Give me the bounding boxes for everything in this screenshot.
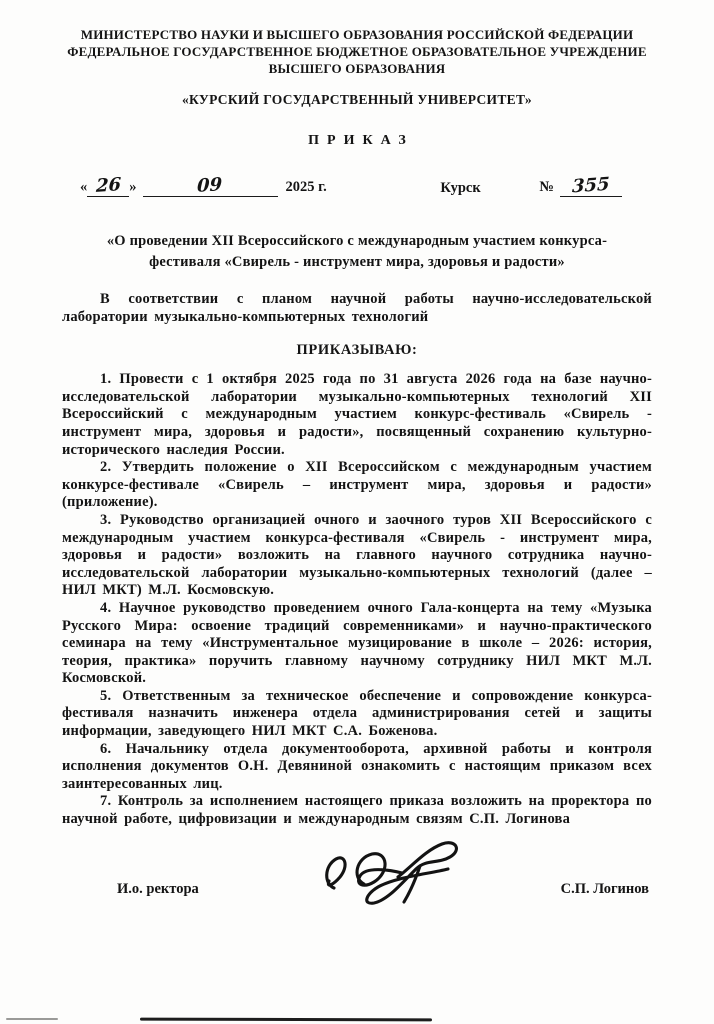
scanned-order-page: МИНИСТЕРСТВО НАУКИ И ВЫСШЕГО ОБРАЗОВАНИЯ… — [0, 0, 714, 1024]
doc-number-handwritten: 355 — [572, 178, 610, 195]
resolution-heading: ПРИКАЗЫВАЮ: — [62, 342, 652, 359]
order-item-1: 1. Провести с 1 октября 2025 года по 31 … — [62, 371, 652, 459]
date-block: «26»092025 г. — [80, 179, 327, 197]
number-sign: № — [539, 179, 554, 195]
scan-artifact-mark — [6, 1018, 58, 1020]
date-year: 2025 г. — [286, 179, 327, 195]
doc-type-heading: ПРИКАЗ — [62, 133, 652, 149]
order-item-7: 7. Контроль за исполнением настоящего пр… — [62, 793, 652, 828]
doc-number-blank: 355 — [560, 179, 622, 197]
intro-paragraph: В соответствии с планом научной работы н… — [62, 291, 652, 326]
date-month-handwritten: 09 — [197, 178, 222, 194]
order-item-6: 6. Начальнику отдела документооборота, а… — [62, 741, 652, 794]
ministry-header: МИНИСТЕРСТВО НАУКИ И ВЫСШЕГО ОБРАЗОВАНИЯ… — [62, 26, 652, 77]
page-content: МИНИСТЕРСТВО НАУКИ И ВЫСШЕГО ОБРАЗОВАНИЯ… — [0, 0, 714, 898]
scan-artifact-line — [140, 1018, 432, 1022]
doc-number-block: №355 — [539, 179, 622, 197]
date-day-blank: 26 — [87, 179, 129, 197]
organization-name: «КУРСКИЙ ГОСУДАРСТВЕННЫЙ УНИВЕРСИТЕТ» — [62, 92, 652, 108]
header-line-education: ВЫСШЕГО ОБРАЗОВАНИЯ — [62, 60, 652, 77]
order-item-3: 3. Руководство организацией очного и зао… — [62, 512, 652, 600]
handwritten-signature — [300, 830, 485, 915]
order-item-5: 5. Ответственным за техническое обеспече… — [62, 688, 652, 741]
signer-role: И.о. ректора — [117, 881, 199, 898]
open-quote: « — [80, 179, 87, 195]
order-title: «О проведении XII Всероссийского с между… — [105, 231, 610, 273]
header-line-ministry: МИНИСТЕРСТВО НАУКИ И ВЫСШЕГО ОБРАЗОВАНИЯ… — [62, 26, 652, 43]
order-item-2: 2. Утвердить положение о XII Всероссийск… — [62, 459, 652, 512]
city-label: Курск — [385, 180, 480, 197]
signer-name: С.П. Логинов — [561, 881, 649, 898]
date-day-handwritten: 26 — [96, 178, 121, 194]
close-quote: » — [129, 179, 136, 195]
date-row: «26»092025 г. Курск №355 — [62, 179, 652, 197]
order-items: 1. Провести с 1 октября 2025 года по 31 … — [62, 371, 652, 828]
date-month-blank: 09 — [143, 179, 278, 197]
header-line-institution: ФЕДЕРАЛЬНОЕ ГОСУДАРСТВЕННОЕ БЮДЖЕТНОЕ ОБ… — [62, 43, 652, 60]
order-item-4: 4. Научное руководство проведением очног… — [62, 600, 652, 688]
